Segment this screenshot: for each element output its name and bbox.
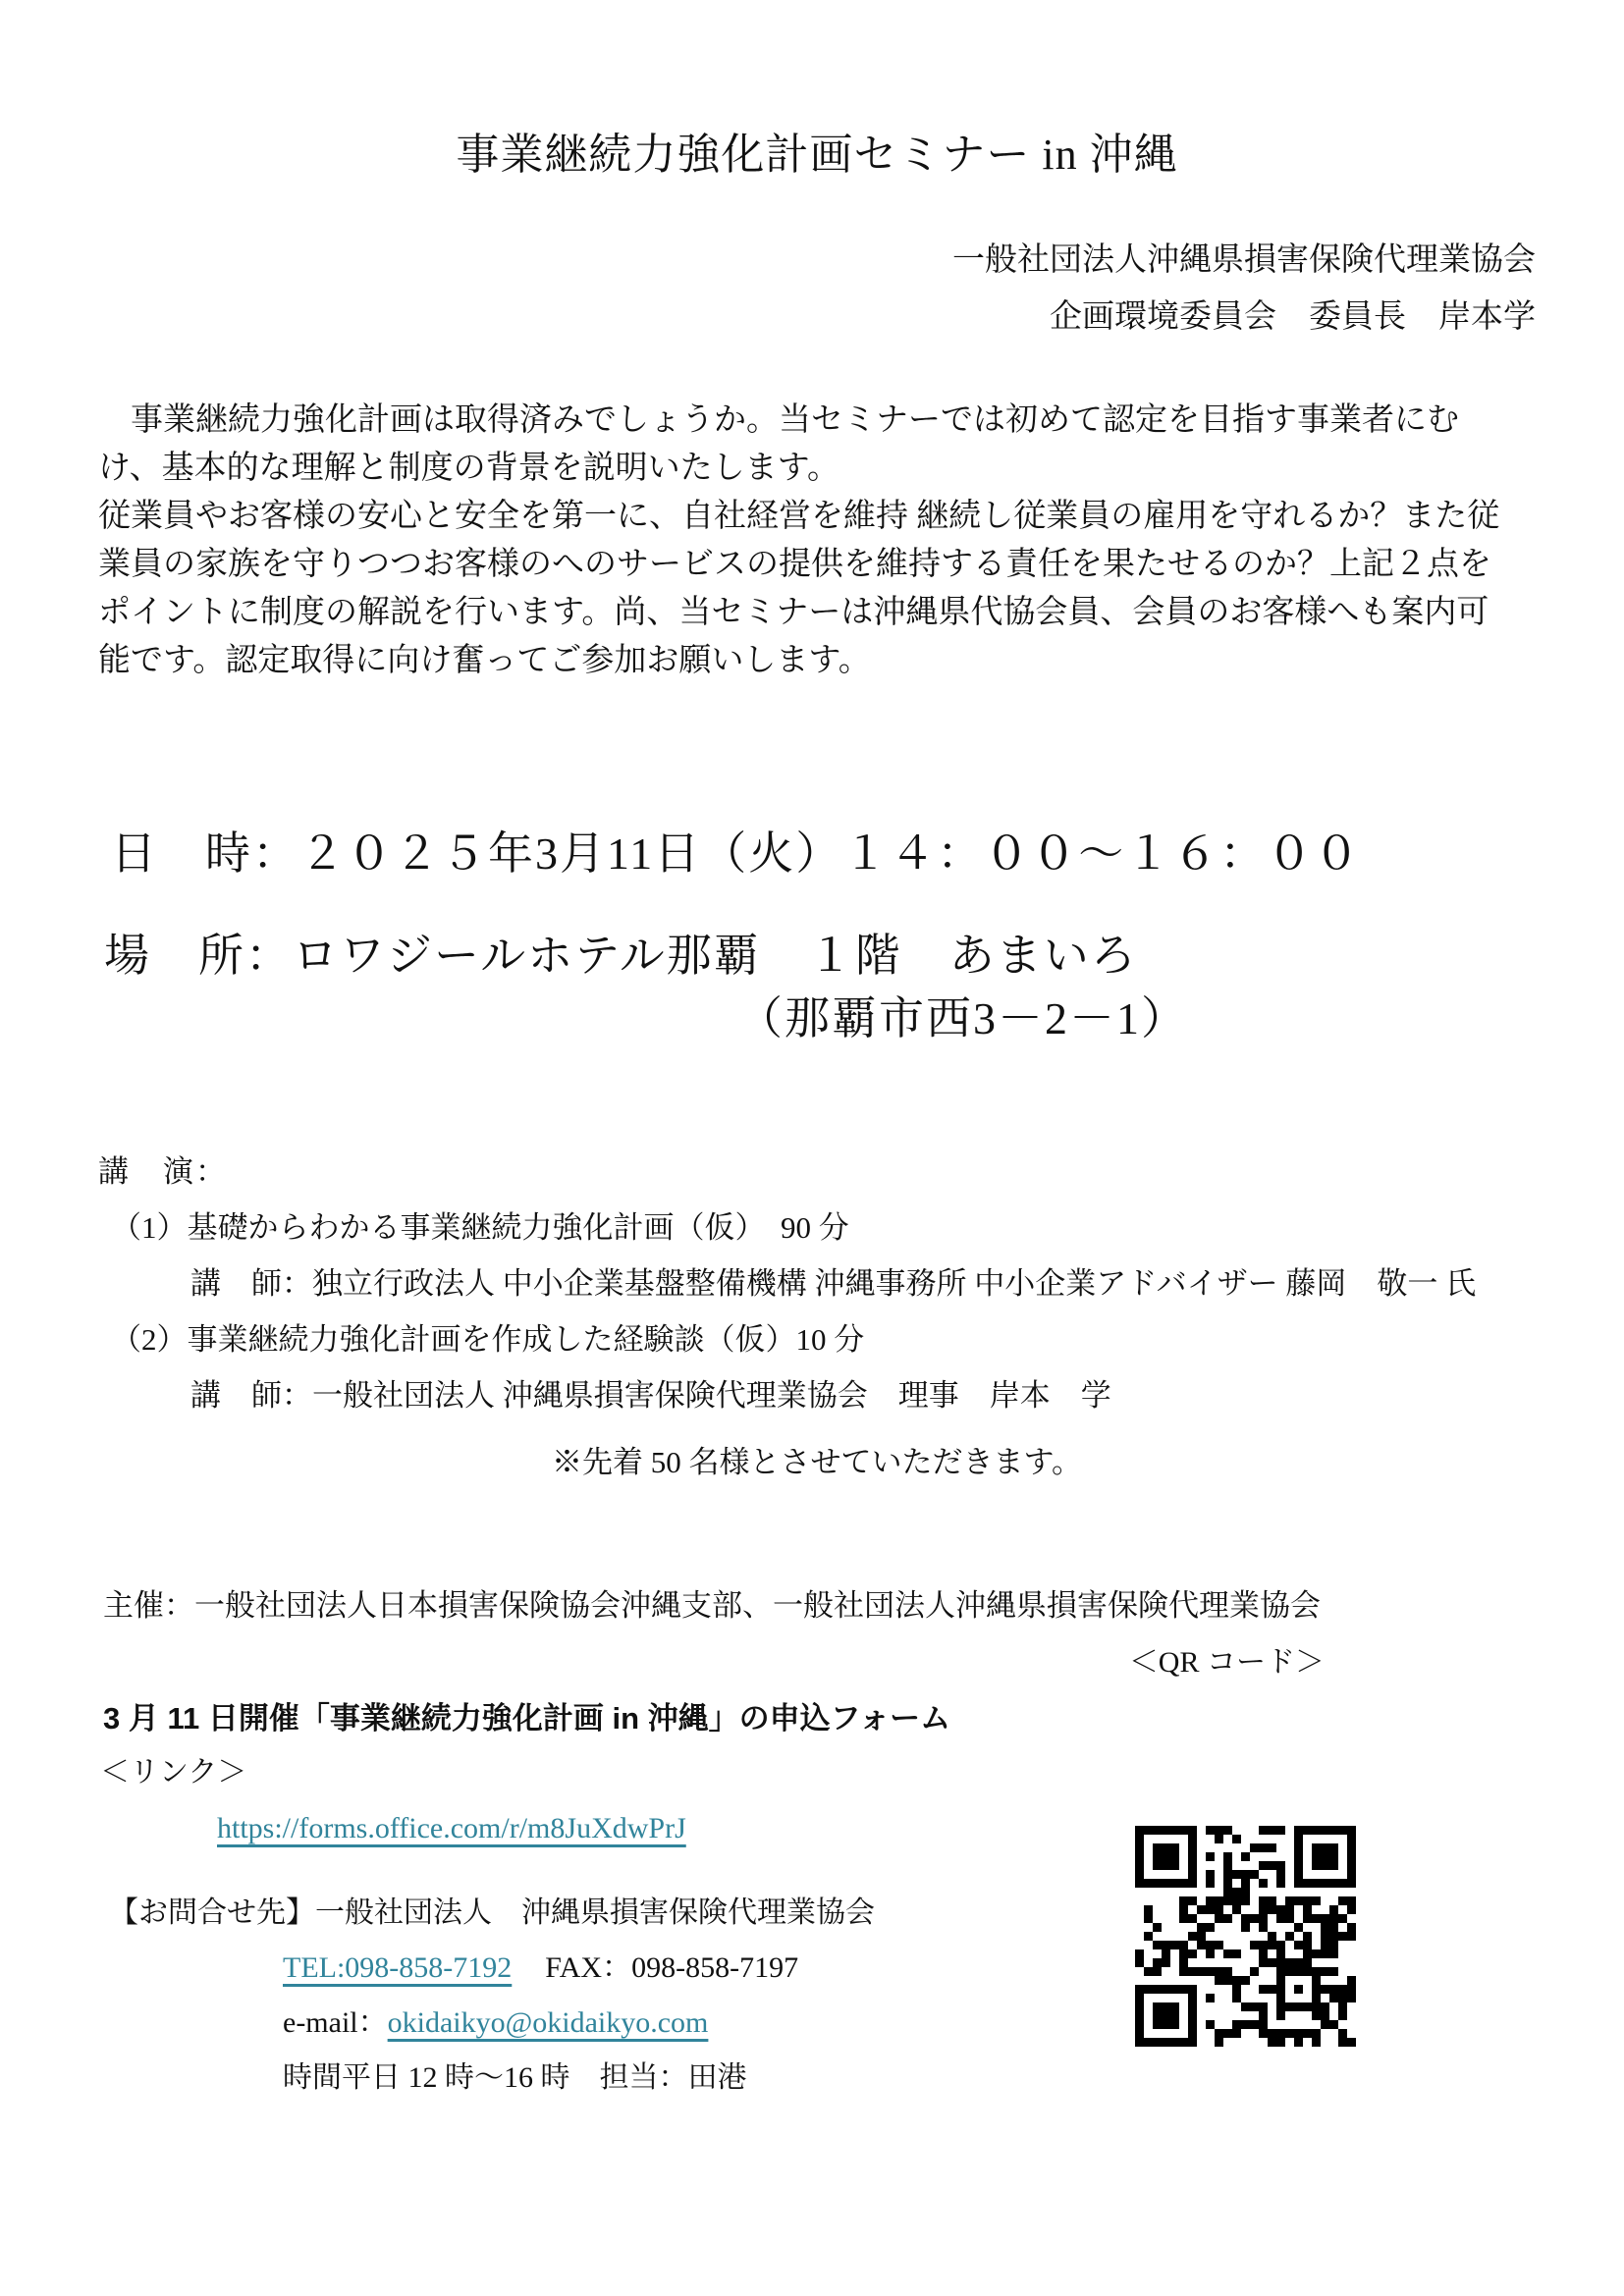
committee-chair-line: 企画環境委員会 委員長 岸本学 (98, 289, 1536, 346)
organizer-block: 一般社団法人沖縄県損害保険代理業協会 企画環境委員会 委員長 岸本学 (98, 232, 1536, 346)
lecture-heading: 講 演： (98, 1144, 1536, 1200)
intro-line: 能です。認定取得に向け奮ってご参加お願いします。 (98, 637, 1536, 685)
email-link[interactable]: okidaikyo@okidaikyo.com (388, 2006, 709, 2039)
lecture-item-1: （1）基礎からわかる事業継続力強化計画（仮） 90 分 (111, 1200, 1536, 1255)
intro-line: け、基本的な理解と制度の背景を説明いたします。 (98, 445, 1536, 493)
venue-line: 場 所：ロワジールホテル那覇 １階 あまいろ (104, 925, 1536, 988)
qr-code-label: ＜QR コード＞ (98, 1639, 1536, 1686)
lecture-section: 講 演： （1）基礎からわかる事業継続力強化計画（仮） 90 分 講 師：独立行… (98, 1144, 1536, 1423)
lecture-item-2: （2）事業継続力強化計画を作成した経験談（仮）10 分 (111, 1311, 1536, 1367)
venue-address-line: （那覇市西3－2－1） (737, 988, 1536, 1050)
organizer-name: 一般社団法人沖縄県損害保険代理業協会 (98, 232, 1536, 289)
form-url-link[interactable]: https://forms.office.com/r/m8JuXdwPrJ (217, 1812, 686, 1844)
intro-line: ポイントに制度の解説を行います。尚、当セミナーは沖縄県代協会員、会員のお客様へも… (98, 589, 1536, 637)
hours-text: 時間平日 12 時～16 時 担当：田港 (283, 2051, 1536, 2106)
intro-line: 事業継続力強化計画は取得済みでしょうか。当セミナーでは初めて認定を目指す事業者に… (98, 397, 1536, 445)
application-form-title: 3 月 11 日開催「事業継続力強化計画 in 沖縄」の申込フォーム (103, 1694, 1536, 1743)
link-label: ＜リンク＞ (100, 1749, 1536, 1796)
fax-text: FAX：098-858-7197 (545, 1951, 798, 1984)
intro-line: 業員の家族を守りつつお客様のへのサービスの提供を維持する責任を果たせるのか？上記… (98, 541, 1536, 589)
tel-link[interactable]: TEL:098-858-7192 (283, 1951, 512, 1984)
lecture-speaker-1: 講 師：独立行政法人 中小企業基盤整備機構 沖縄事務所 中小企業アドバイザー 藤… (190, 1255, 1536, 1311)
lecture-speaker-2: 講 師：一般社団法人 沖縄県損害保険代理業協会 理事 岸本 学 (190, 1367, 1536, 1423)
qr-code (1127, 1818, 1363, 2054)
intro-paragraph: 事業継続力強化計画は取得済みでしょうか。当セミナーでは初めて認定を目指す事業者に… (98, 397, 1536, 685)
intro-line: 従業員やお客様の安心と安全を第一に、自社経営を維持 継続し従業員の雇用を守れるか… (98, 493, 1536, 541)
host-line: 主催：一般社団法人日本損害保険協会沖縄支部、一般社団法人沖縄県損害保険代理業協会 (103, 1580, 1536, 1631)
email-label: e-mail： (283, 2006, 388, 2039)
flyer-page: 事業継続力強化計画セミナー in 沖縄 一般社団法人沖縄県損害保険代理業協会 企… (0, 0, 1624, 2296)
capacity-note: ※先着 50 名様とさせていただきます。 (98, 1438, 1536, 1487)
datetime-line: 日 時：２０２５年3月11日（火）１４：００～１６：００ (111, 823, 1536, 885)
seminar-title: 事業継続力強化計画セミナー in 沖縄 (98, 128, 1536, 183)
